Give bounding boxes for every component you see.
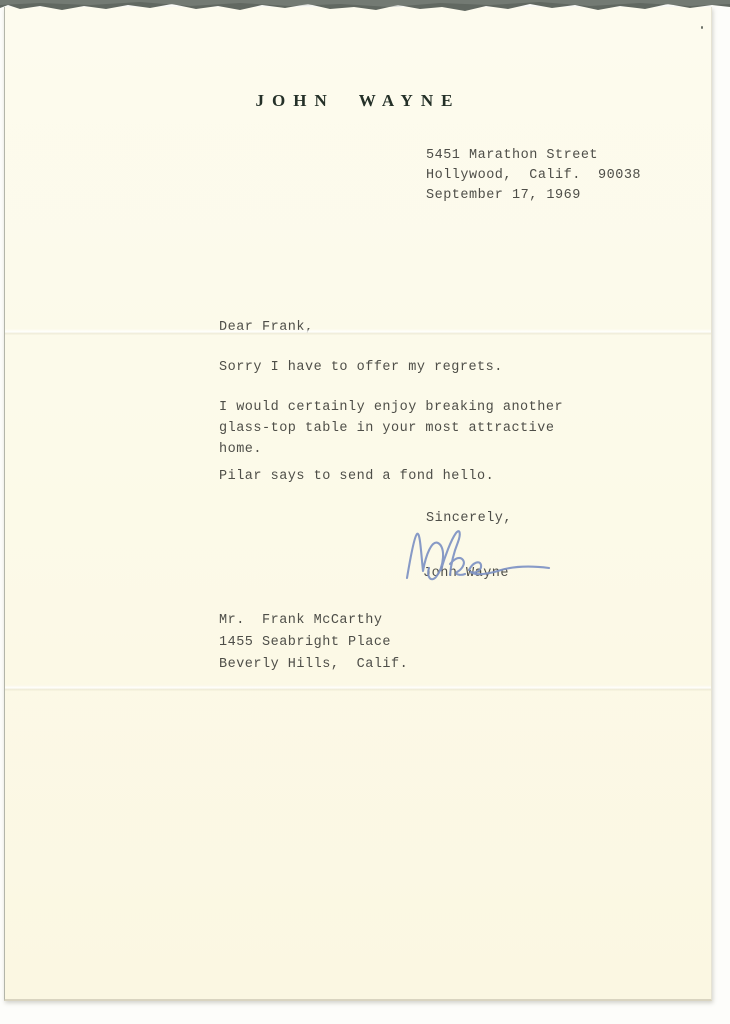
scanned-letter-page: JOHN WAYNE 5451 Marathon Street Hollywoo… (0, 0, 730, 1024)
sender-address-block: 5451 Marathon Street Hollywood, Calif. 9… (426, 146, 641, 206)
letter-date: September 17, 1969 (426, 186, 641, 206)
body-line: I would certainly enjoy breaking another (219, 397, 563, 418)
fold-crease-upper (5, 329, 711, 335)
body-line: Pilar says to send a fond hello. (219, 466, 494, 487)
scan-speck (701, 26, 703, 29)
body-line: Sorry I have to offer my regrets. (219, 357, 503, 378)
body-paragraph-2: I would certainly enjoy breaking another… (219, 397, 563, 460)
recipient-line1: Mr. Frank McCarthy (219, 610, 408, 632)
fold-crease-lower (5, 685, 711, 691)
handwritten-signature-duke (397, 526, 555, 584)
letterhead-name: JOHN WAYNE (5, 91, 711, 111)
sender-address-line2: Hollywood, Calif. 90038 (426, 166, 641, 186)
recipient-line2: 1455 Seabright Place (219, 632, 408, 654)
body-paragraph-3: Pilar says to send a fond hello. (219, 466, 494, 487)
letter-paper: JOHN WAYNE 5451 Marathon Street Hollywoo… (4, 7, 712, 1001)
body-line: glass-top table in your most attractive (219, 418, 563, 439)
torn-paper-edge (0, 0, 730, 14)
sender-address-line1: 5451 Marathon Street (426, 146, 641, 166)
recipient-line3: Beverly Hills, Calif. (219, 654, 408, 676)
body-paragraph-1: Sorry I have to offer my regrets. (219, 357, 503, 378)
recipient-address-block: Mr. Frank McCarthy 1455 Seabright Place … (219, 610, 408, 676)
body-line: home. (219, 439, 563, 460)
